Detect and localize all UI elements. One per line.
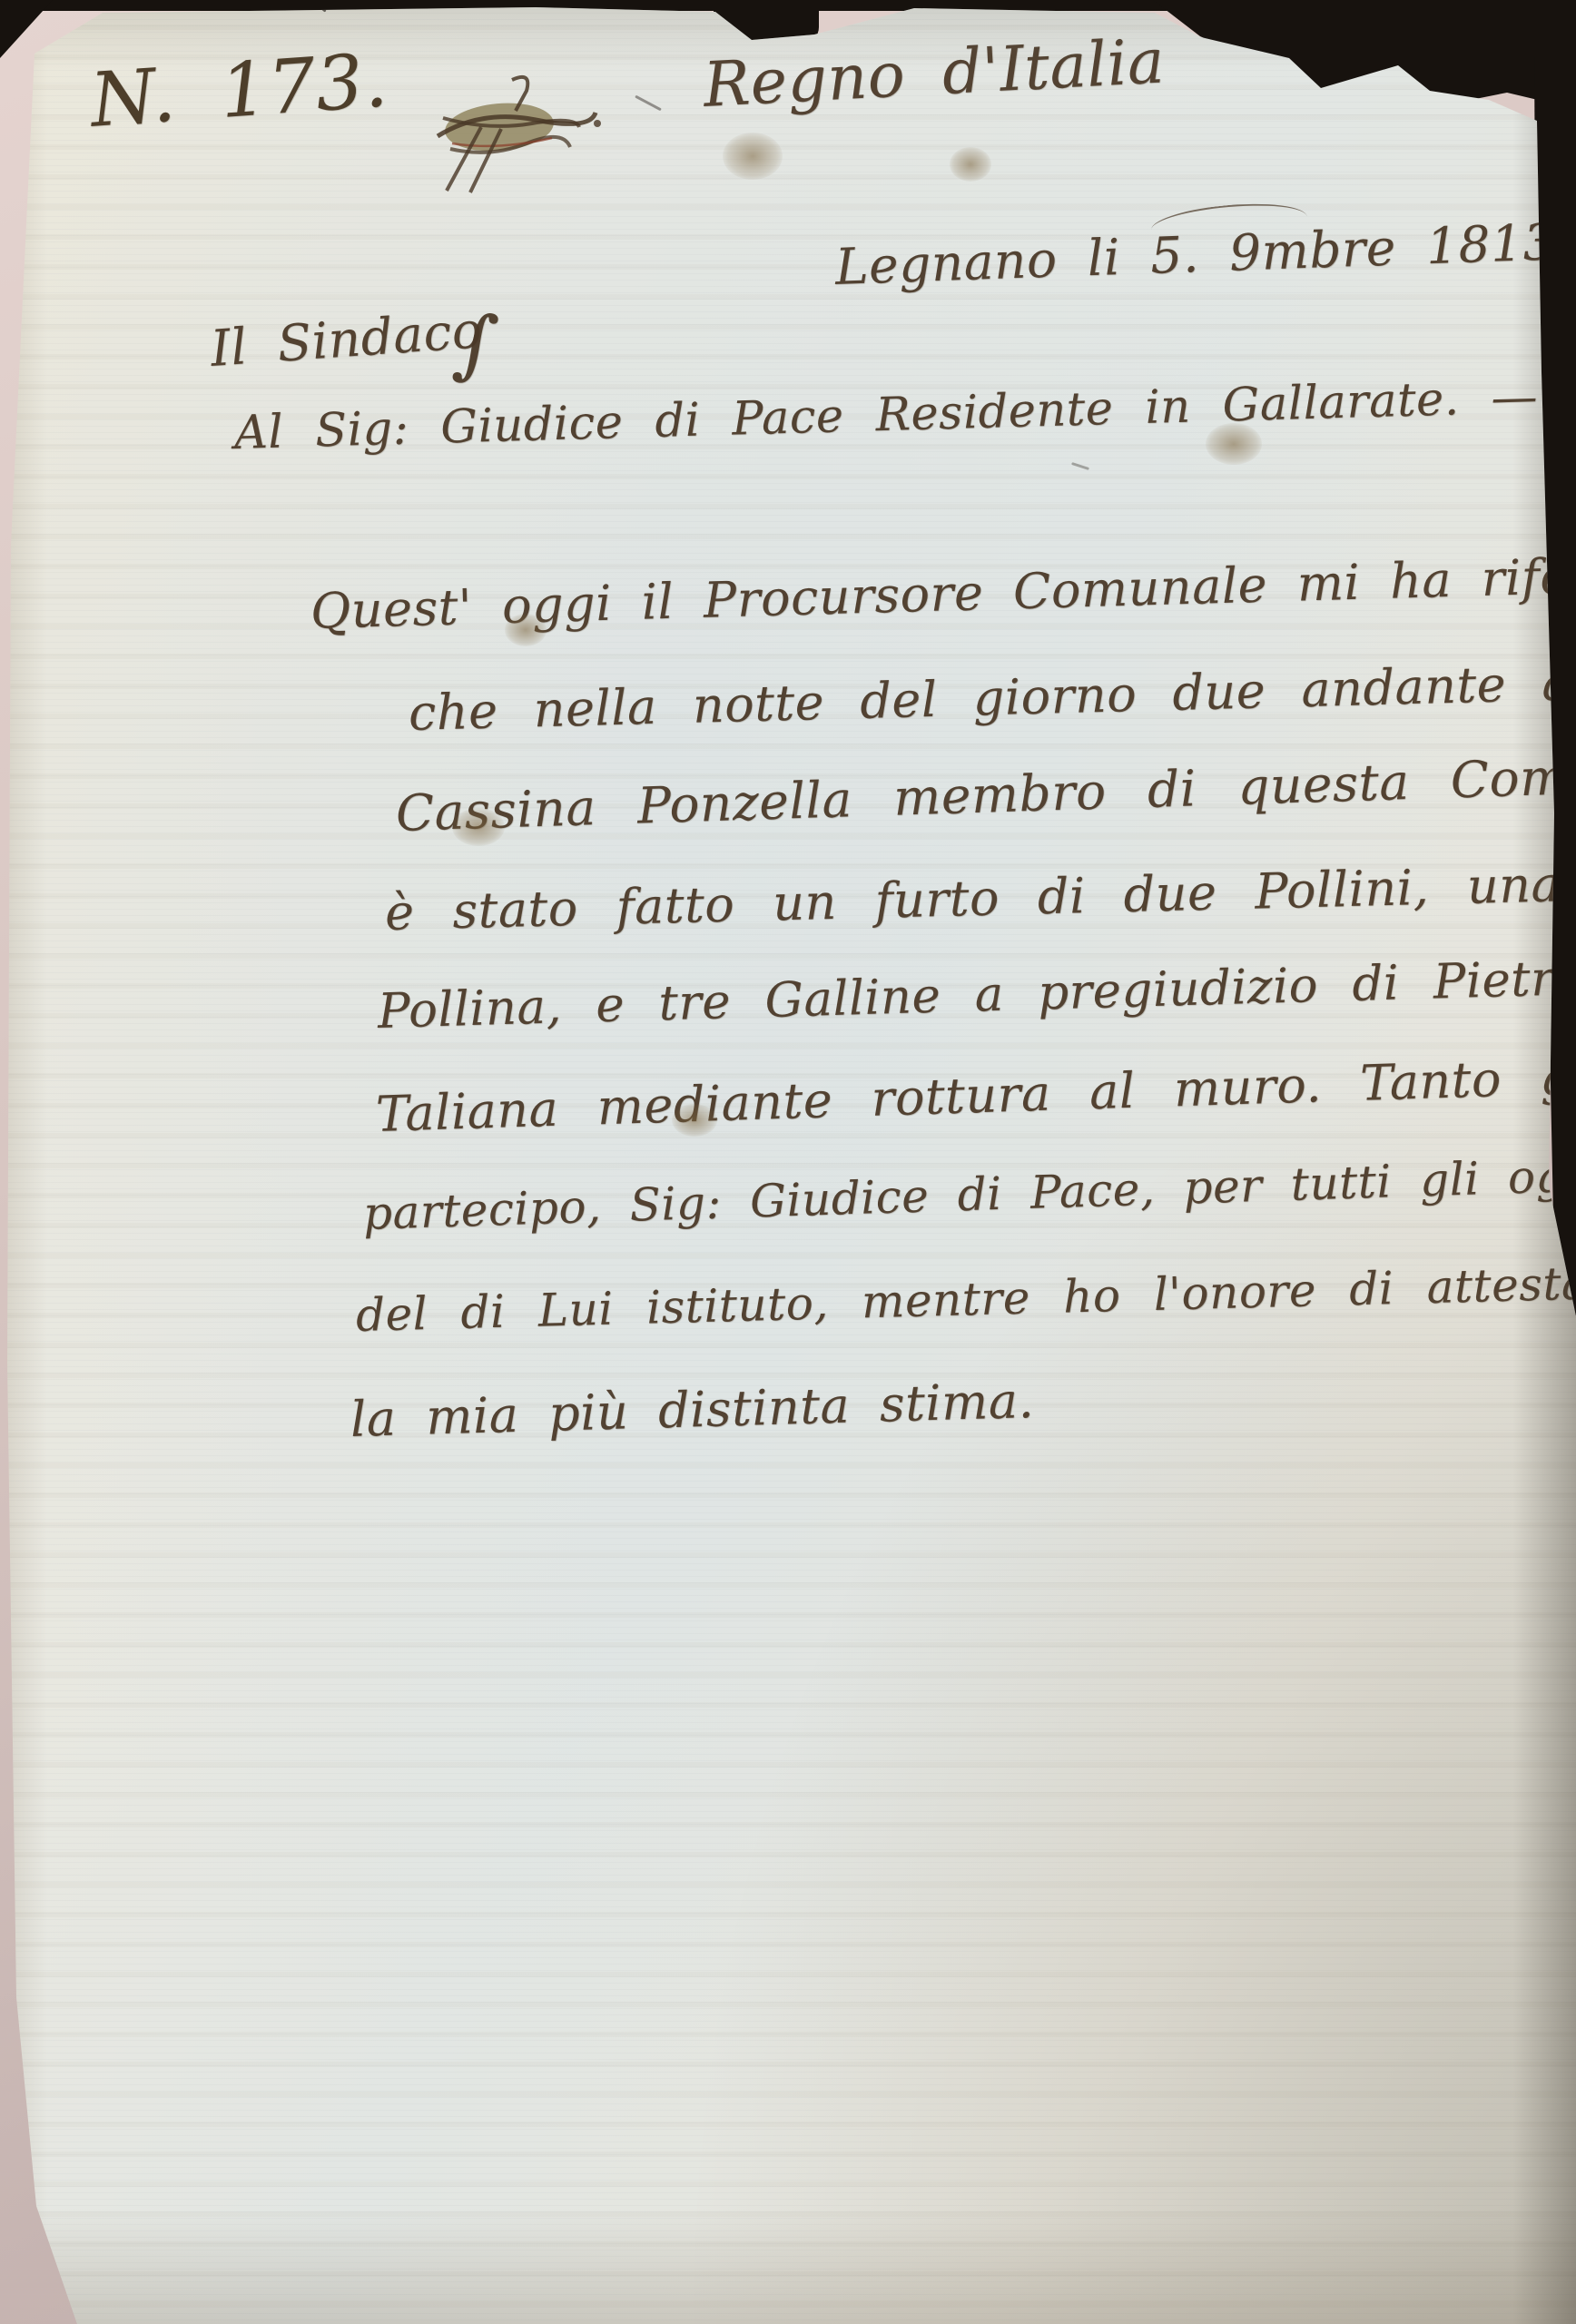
recipient-line: Al Sig: Giudice di Pace Residente in Gal… — [233, 370, 1539, 460]
sender-label: Il Sindaco — [209, 300, 485, 378]
body-line: che nella notte del giorno due andante a… — [408, 653, 1576, 742]
pencil-mark — [635, 95, 662, 112]
body-line: è stato fatto un furto di due Pollini, u… — [384, 855, 1561, 941]
pencil-mark — [1071, 462, 1089, 470]
body-line: Cassina Ponzella membro di questa Comune — [395, 744, 1576, 842]
body-line: Taliana mediante rottura al muro. Tanto … — [375, 1048, 1576, 1143]
body-line: del di Lui istituto, mentre ho l'onore d… — [355, 1255, 1576, 1342]
ink-blot — [723, 133, 783, 180]
paper-sheet: N. 173. Regno d'Italia Legnano li 5. 9mb… — [0, 0, 1576, 2324]
body-line: Pollina, e tre Galline a pregiudizio di … — [377, 950, 1576, 1039]
document-header: Regno d'Italia — [702, 25, 1167, 121]
manuscript-photo: N. 173. Regno d'Italia Legnano li 5. 9mb… — [0, 0, 1576, 2324]
ink-blot — [950, 147, 991, 182]
body-line: Quest' oggi il Procursore Comunale mi ha… — [310, 546, 1576, 640]
cancellation-scribble — [425, 71, 603, 194]
body-line: la mia più distinta stima. — [350, 1372, 1035, 1448]
body-line: partecipo, Sig: Giudice di Pace, per tut… — [362, 1147, 1576, 1240]
dateline: Legnano li 5. 9mbre 1813. — [834, 212, 1572, 296]
registry-number: N. 173. — [88, 37, 391, 144]
